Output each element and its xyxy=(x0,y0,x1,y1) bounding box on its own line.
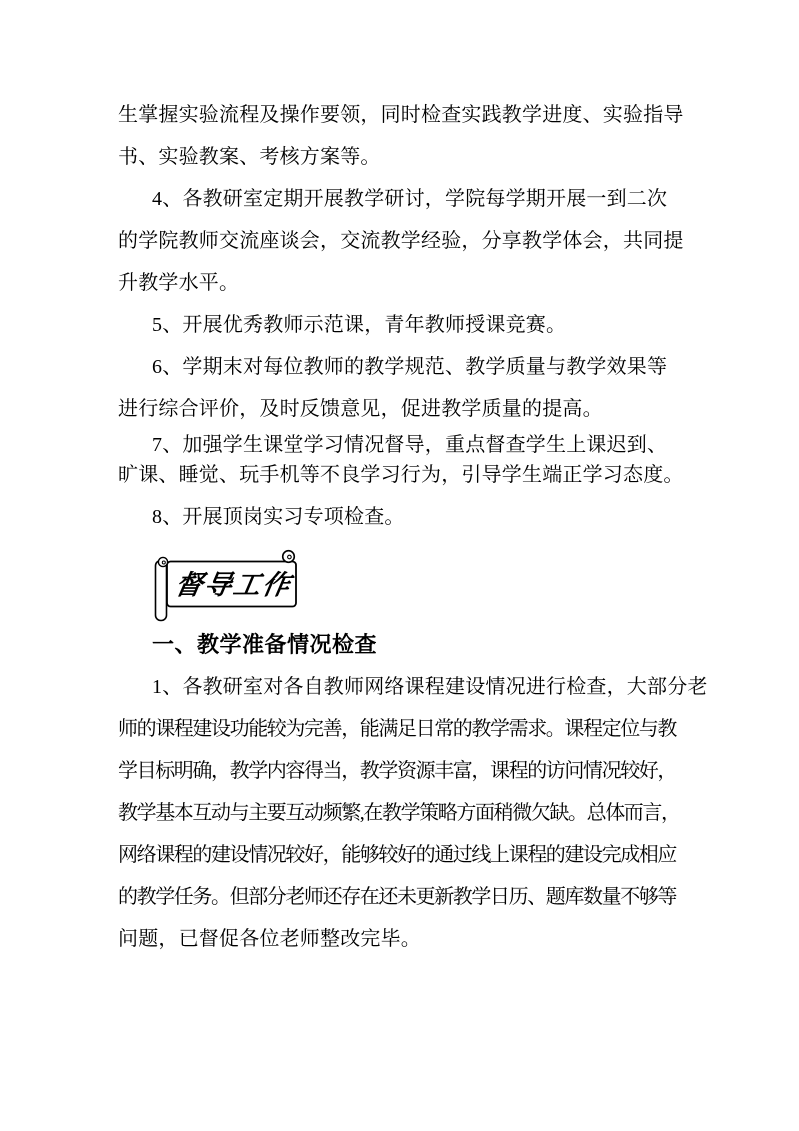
text-line: 问题，已督促各位老师整改完毕。 xyxy=(118,918,687,960)
text-line: 学目标明确，教学内容得当，教学资源丰富，课程的访问情况较好， xyxy=(118,750,687,792)
text-line: 生掌握实验流程及操作要领，同时检查实践教学进度、实验指导 xyxy=(118,94,687,136)
scroll-banner: 督导工作 xyxy=(153,548,298,624)
text-line: 的教学任务。但部分老师还存在还未更新教学日历、题库数量不够等 xyxy=(118,876,687,918)
text-line: 旷课、睡觉、玩手机等不良学习行为，引导学生端正学习态度。 xyxy=(118,460,687,490)
text-line: 1、各教研室对各自教师网络课程建设情况进行检查，大部分老 xyxy=(118,666,687,708)
text-line: 5、开展优秀教师示范课，青年教师授课竞赛。 xyxy=(118,304,687,346)
document-page: 生掌握实验流程及操作要领，同时检查实践教学进度、实验指导 书、实验教案、考核方案… xyxy=(0,0,799,1131)
paragraph: 7、加强学生课堂学习情况督导，重点督查学生上课迟到、 旷课、睡觉、玩手机等不良学… xyxy=(118,430,687,490)
scroll-curl-icon xyxy=(158,557,167,566)
text-line: 网络课程的建设情况较好，能够较好的通过线上课程的建设完成相应 xyxy=(118,834,687,876)
text-line: 6、学期末对每位教师的教学规范、教学质量与教学效果等 xyxy=(118,346,687,388)
text-line: 8、开展顶岗实习专项检查。 xyxy=(118,496,687,538)
text-line: 师的课程建设功能较为完善，能满足日常的教学需求。课程定位与教 xyxy=(118,708,687,750)
text-line: 的学院教师交流座谈会，交流教学经验，分享教学体会，共同提 xyxy=(118,220,687,262)
text-line: 教学基本互动与主要互动频繁,在教学策略方面稍微欠缺。总体而言， xyxy=(118,792,687,834)
text-line: 升教学水平。 xyxy=(118,262,687,304)
text-line: 7、加强学生课堂学习情况督导，重点督查学生上课迟到、 xyxy=(118,430,687,460)
text-line: 书、实验教案、考核方案等。 xyxy=(118,136,687,178)
banner-title: 督导工作 xyxy=(173,569,297,600)
scroll-curl-icon xyxy=(283,551,295,563)
scroll-left-roll xyxy=(156,561,167,621)
detail-text-block: 1、各教研室对各自教师网络课程建设情况进行检查，大部分老 师的课程建设功能较为完… xyxy=(118,666,687,960)
body-text-block: 生掌握实验流程及操作要领，同时检查实践教学进度、实验指导 书、实验教案、考核方案… xyxy=(118,94,687,538)
section-heading: 一、教学准备情况检查 xyxy=(118,624,687,666)
text-line: 进行综合评价，及时反馈意见，促进教学质量的提高。 xyxy=(118,388,687,430)
text-line: 4、各教研室定期开展教学研讨，学院每学期开展一到二次 xyxy=(118,178,687,220)
